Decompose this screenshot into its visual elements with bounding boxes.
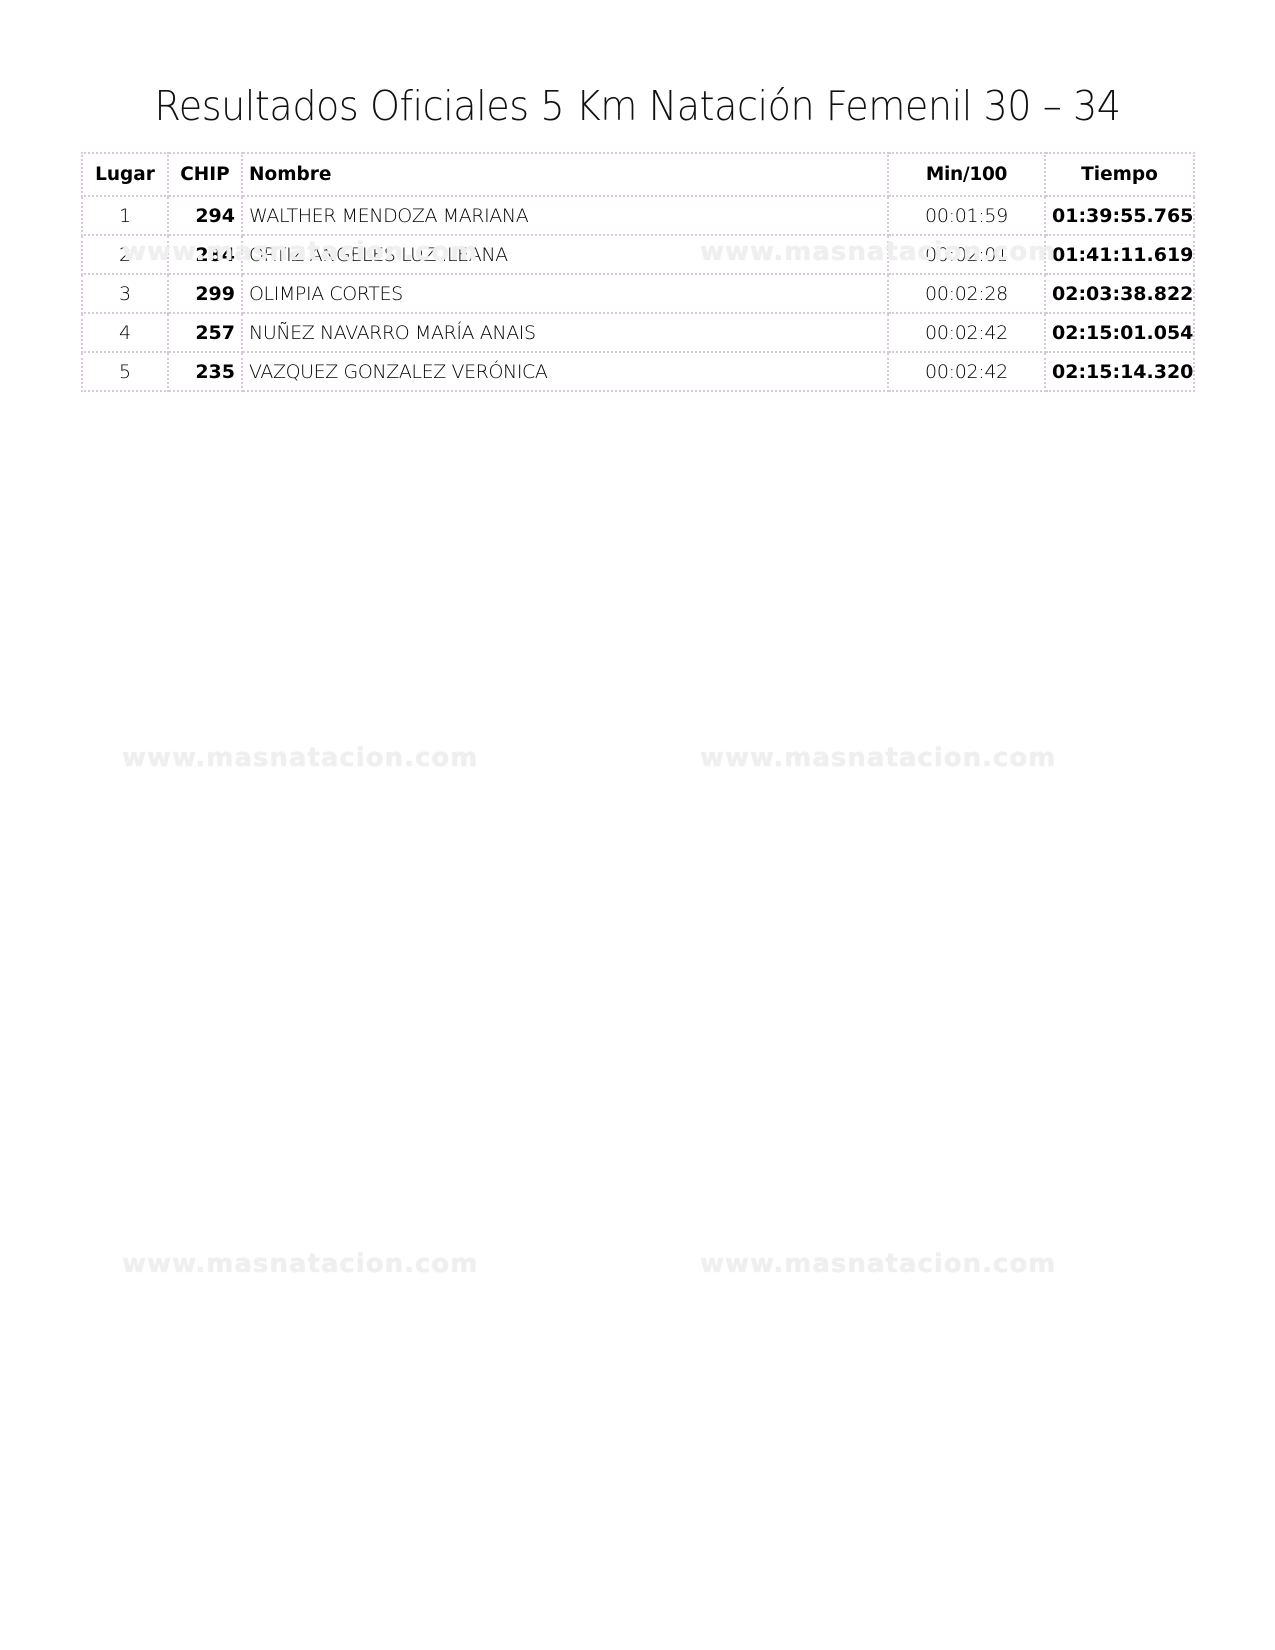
cell-lugar: 2 bbox=[82, 235, 168, 274]
page-title: Resultados Oficiales 5 Km Natación Femen… bbox=[45, 82, 1231, 130]
header-lugar: Lugar bbox=[82, 153, 168, 196]
table-header-row: Lugar CHIP Nombre Min/100 Tiempo bbox=[82, 153, 1194, 196]
watermark: www.masnatacion.com bbox=[122, 743, 478, 773]
cell-lugar: 3 bbox=[82, 274, 168, 313]
cell-min100: 00:02:01 bbox=[888, 235, 1045, 274]
cell-min100: 00:02:42 bbox=[888, 352, 1045, 391]
cell-min100: 00:01:59 bbox=[888, 196, 1045, 235]
table-row: 5 235 VAZQUEZ GONZALEZ VERÓNICA 00:02:42… bbox=[82, 352, 1194, 391]
cell-nombre: WALTHER MENDOZA MARIANA bbox=[242, 196, 888, 235]
cell-tiempo: 01:41:11.619 bbox=[1045, 235, 1194, 274]
watermark: www.masnatacion.com bbox=[700, 743, 1056, 773]
cell-chip: 294 bbox=[168, 196, 242, 235]
cell-nombre: ORTIZ ANGELES LUZ ILEANA bbox=[242, 235, 888, 274]
watermark: www.masnatacion.com bbox=[122, 1249, 478, 1279]
table-row: 2 284 ORTIZ ANGELES LUZ ILEANA 00:02:01 … bbox=[82, 235, 1194, 274]
cell-lugar: 4 bbox=[82, 313, 168, 352]
cell-nombre: VAZQUEZ GONZALEZ VERÓNICA bbox=[242, 352, 888, 391]
cell-tiempo: 01:39:55.765 bbox=[1045, 196, 1194, 235]
header-tiempo: Tiempo bbox=[1045, 153, 1194, 196]
cell-tiempo: 02:15:14.320 bbox=[1045, 352, 1194, 391]
cell-lugar: 5 bbox=[82, 352, 168, 391]
header-chip: CHIP bbox=[168, 153, 242, 196]
header-nombre: Nombre bbox=[242, 153, 888, 196]
table-row: 3 299 OLIMPIA CORTES 00:02:28 02:03:38.8… bbox=[82, 274, 1194, 313]
table-row: 4 257 NUÑEZ NAVARRO MARÍA ANAIS 00:02:42… bbox=[82, 313, 1194, 352]
cell-chip: 299 bbox=[168, 274, 242, 313]
watermark: www.masnatacion.com bbox=[700, 1249, 1056, 1279]
cell-chip: 257 bbox=[168, 313, 242, 352]
results-table: Lugar CHIP Nombre Min/100 Tiempo 1 294 W… bbox=[81, 152, 1195, 392]
cell-chip: 284 bbox=[168, 235, 242, 274]
cell-lugar: 1 bbox=[82, 196, 168, 235]
cell-nombre: OLIMPIA CORTES bbox=[242, 274, 888, 313]
cell-tiempo: 02:15:01.054 bbox=[1045, 313, 1194, 352]
table-row: 1 294 WALTHER MENDOZA MARIANA 00:01:59 0… bbox=[82, 196, 1194, 235]
cell-min100: 00:02:28 bbox=[888, 274, 1045, 313]
header-min100: Min/100 bbox=[888, 153, 1045, 196]
cell-tiempo: 02:03:38.822 bbox=[1045, 274, 1194, 313]
cell-chip: 235 bbox=[168, 352, 242, 391]
cell-nombre: NUÑEZ NAVARRO MARÍA ANAIS bbox=[242, 313, 888, 352]
cell-min100: 00:02:42 bbox=[888, 313, 1045, 352]
